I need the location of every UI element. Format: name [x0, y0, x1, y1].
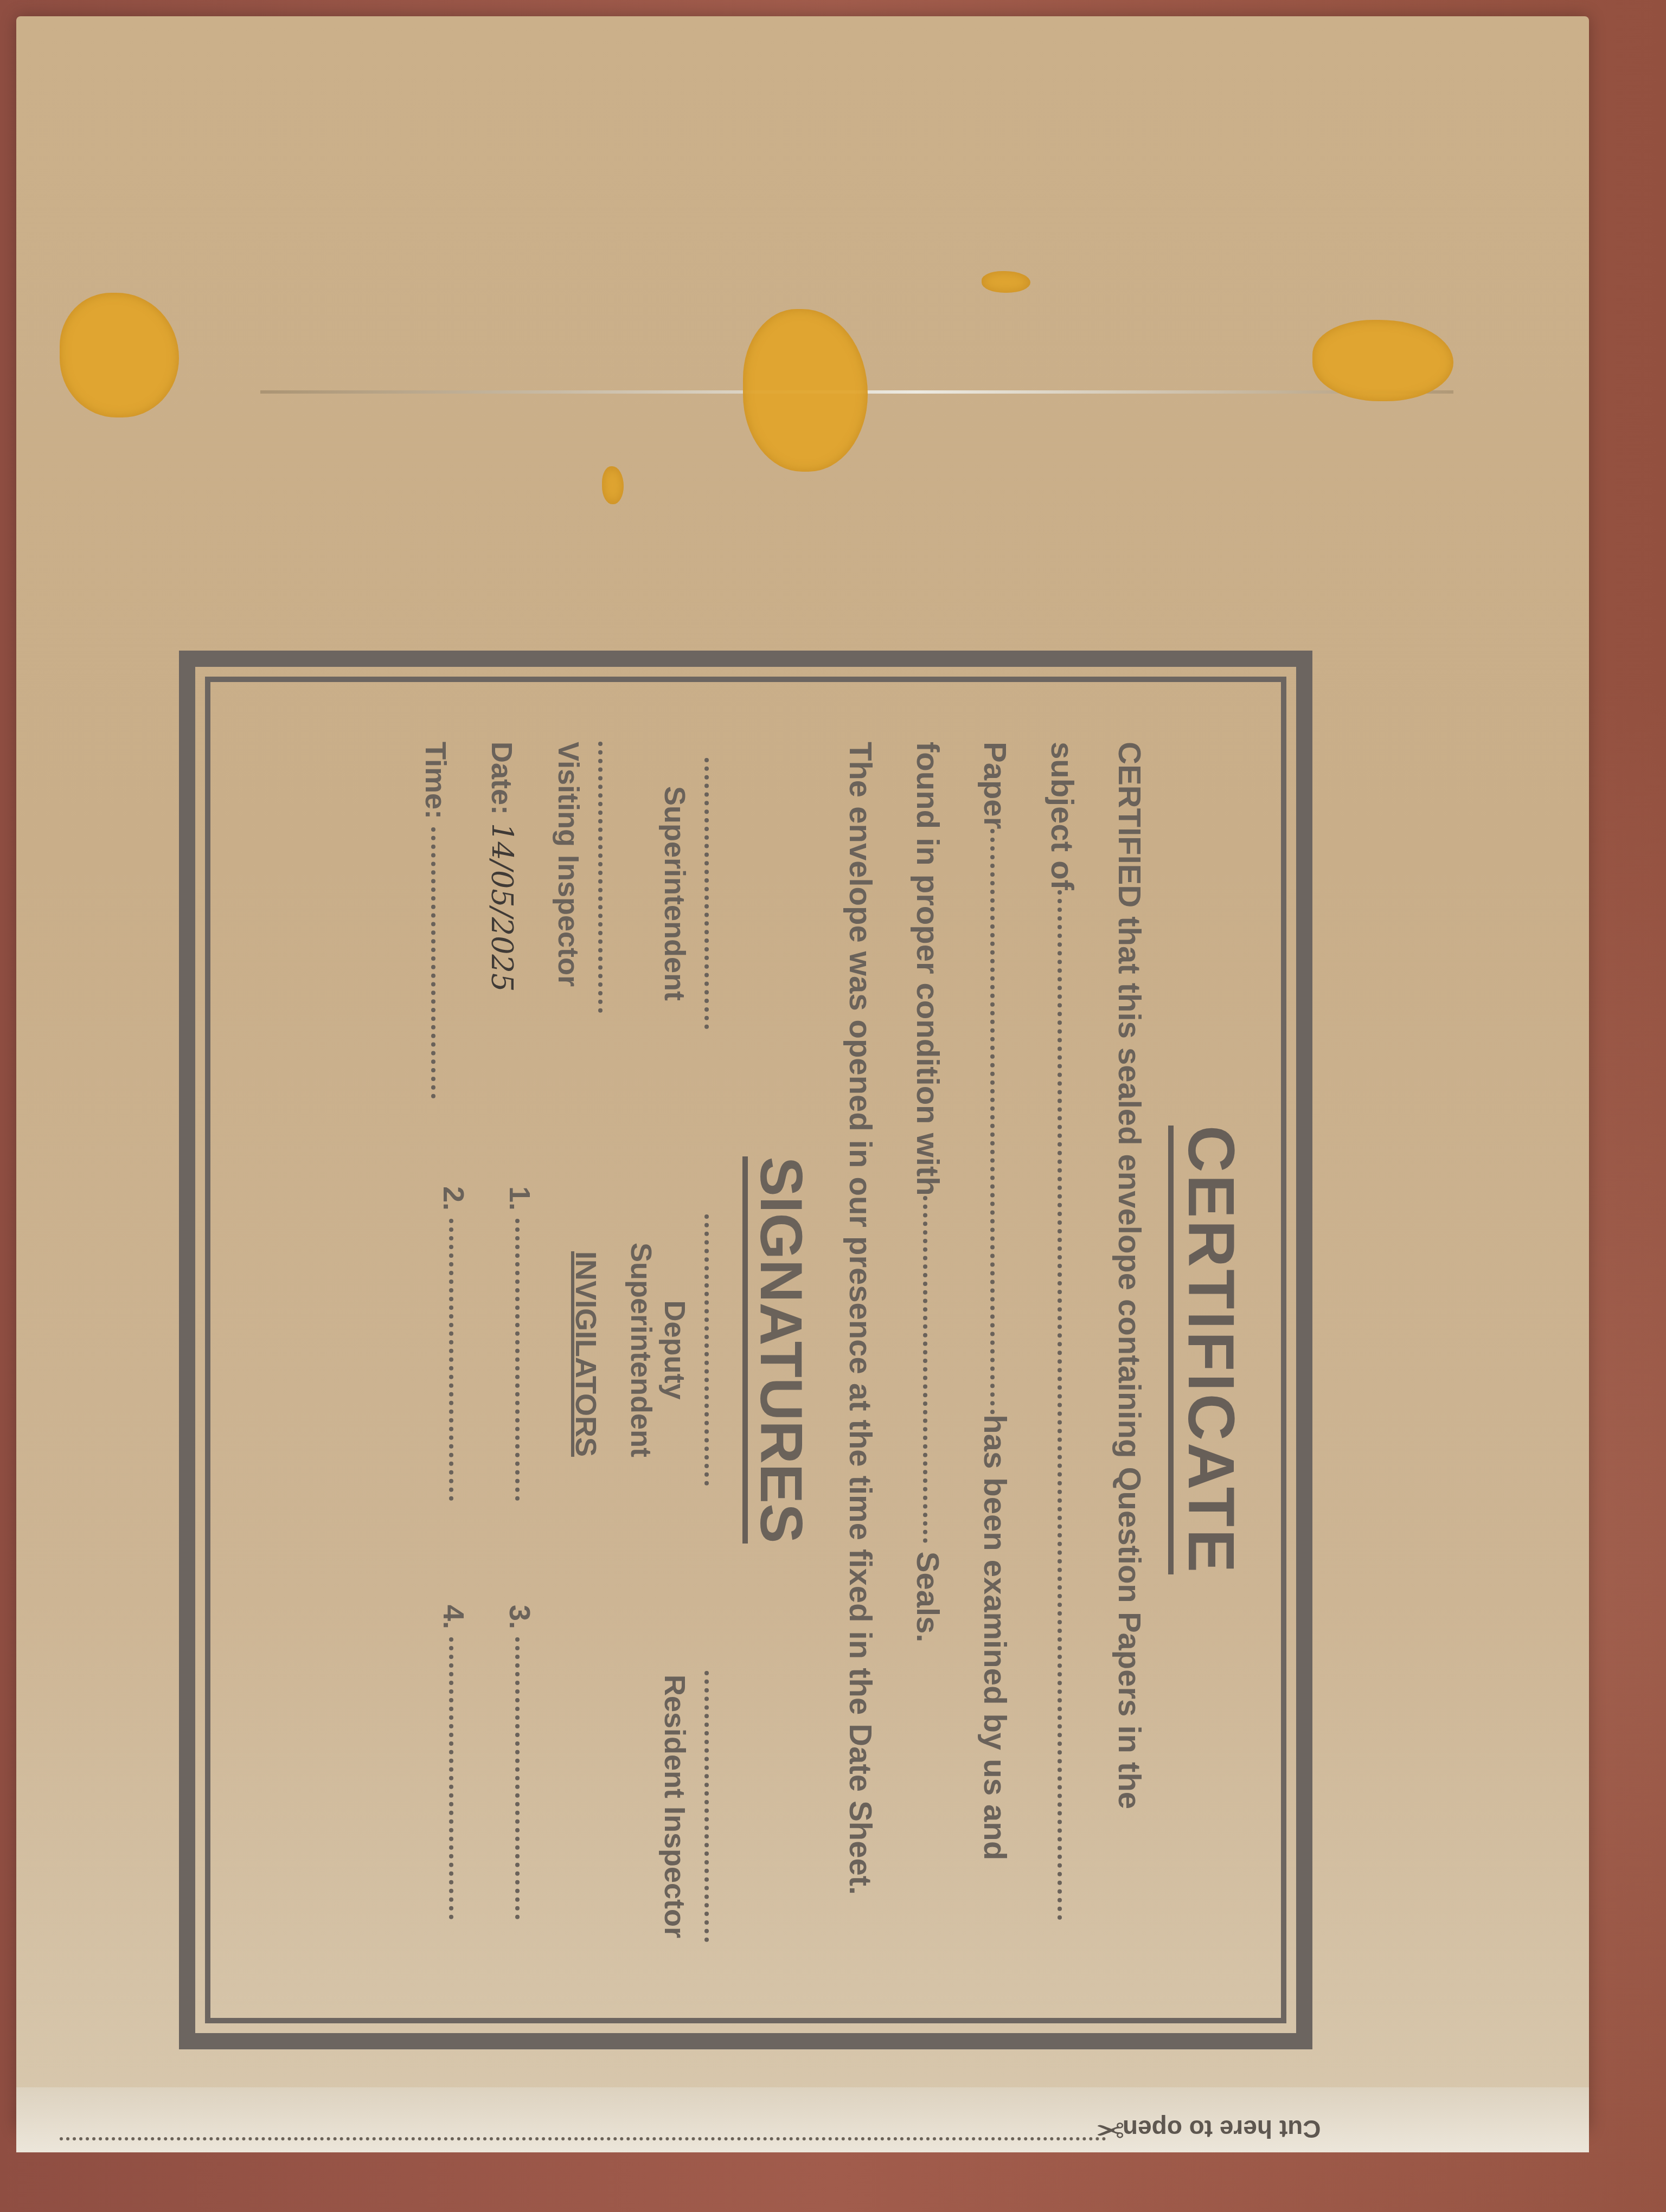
deputy-superintendent-label: Deputy Superintendent: [625, 1243, 691, 1457]
examined-text: has been examined by us and: [977, 1414, 1013, 1860]
invigilator-list: 1. 3. 2. 4.: [437, 1186, 536, 1958]
invigilator-2: 2.: [437, 1186, 470, 1540]
invigilator-2-field[interactable]: [449, 1219, 453, 1501]
certificate-body: CERTIFIED that this sealed envelope cont…: [826, 742, 1163, 1958]
visiting-inspector-label: Visiting Inspector: [552, 742, 585, 987]
paper-field[interactable]: [990, 829, 995, 1414]
invigilator-1: 1.: [503, 1186, 536, 1540]
wax-seal-center: [743, 309, 868, 472]
wax-drip: [602, 466, 624, 504]
superintendent-label: Superintendent: [658, 786, 691, 1001]
time-field[interactable]: [431, 827, 435, 1098]
invigilator-1-field[interactable]: [515, 1219, 520, 1501]
cut-here-label: Cut here to open: [1123, 2114, 1321, 2144]
condition-label: found in proper condition with: [910, 742, 945, 1196]
invigilator-4-field[interactable]: [449, 1637, 453, 1919]
subject-label: subject of: [1045, 742, 1080, 890]
deputy-superintendent-block: Deputy Superintendent: [624, 1198, 709, 1502]
invigilator-4: 4.: [437, 1605, 470, 1958]
certificate-area: CERTIFICATE CERTIFIED that this sealed e…: [179, 651, 1312, 2049]
cut-strip: [16, 2087, 1589, 2152]
paper-label: Paper: [977, 742, 1013, 829]
time-label: Time:: [419, 742, 452, 819]
wax-seal-right: [1312, 320, 1453, 401]
superintendent-block: Superintendent: [624, 742, 709, 1045]
sealed-envelope: ✂ Cut here to open CERTIFICATE CERTIFIED…: [16, 16, 1589, 2131]
deputy-superintendent-signature-field[interactable]: [704, 1214, 709, 1486]
superintendent-signature-field[interactable]: [704, 758, 709, 1029]
cut-line[interactable]: [60, 2137, 1106, 2140]
resident-inspector-label: Resident Inspector: [658, 1675, 691, 1938]
invigilator-3: 3.: [503, 1605, 536, 1958]
certificate-frame: CERTIFICATE CERTIFIED that this sealed e…: [179, 651, 1312, 2049]
lower-section: Visiting Inspector Date: 14/05/2025 Time…: [419, 742, 603, 1958]
seals-field[interactable]: [923, 1196, 927, 1543]
subject-field[interactable]: [1058, 890, 1062, 1920]
official-signatures: Superintendent Deputy Superintendent Res…: [624, 742, 709, 1958]
date-label: Date:: [485, 742, 518, 815]
resident-inspector-signature-field[interactable]: [704, 1671, 709, 1942]
invigilators-title: INVIGILATORS: [569, 1251, 603, 1958]
seals-text: Seals.: [910, 1552, 945, 1643]
resident-inspector-block: Resident Inspector: [624, 1655, 709, 1958]
scissors-icon: ✂: [1095, 2109, 1125, 2150]
certified-line: CERTIFIED that this sealed envelope cont…: [1095, 742, 1163, 1958]
date-value[interactable]: 14/05/2025: [485, 823, 519, 992]
signatures-title: SIGNATURES: [747, 742, 816, 1958]
certificate-title: CERTIFICATE: [1174, 742, 1248, 1958]
opened-line: The envelope was opened in our presence …: [826, 742, 894, 1958]
visiting-inspector-signature-field[interactable]: [598, 742, 603, 1013]
invigilator-3-field[interactable]: [515, 1637, 520, 1919]
wax-seal-left: [60, 293, 179, 417]
wax-drip: [982, 271, 1030, 293]
